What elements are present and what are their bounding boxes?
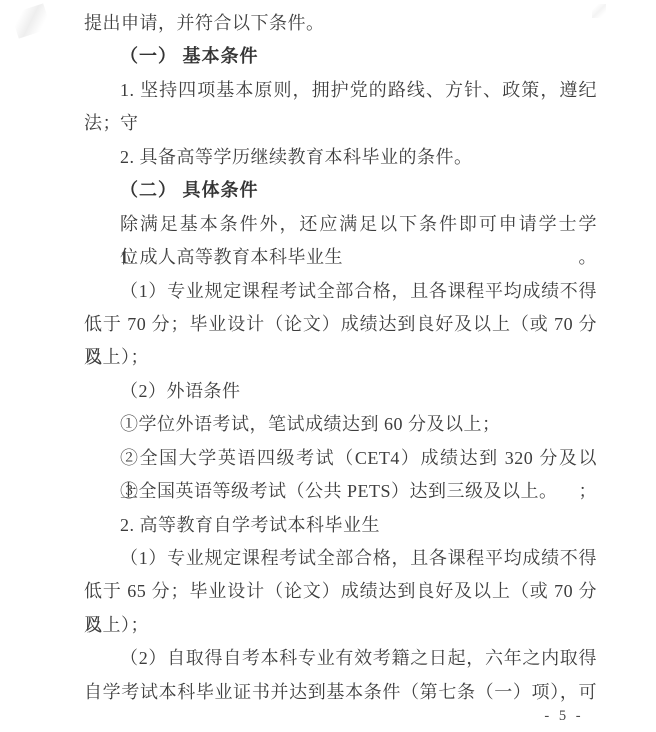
text-line: 1. 坚持四项基本原则，拥护党的路线、方针、政策，遵纪守 [84, 74, 597, 107]
text-line: 法； [84, 107, 597, 140]
text-line: 低于 70 分；毕业设计（论文）成绩达到良好及以上（或 70 分及 [84, 308, 597, 341]
page-number: - 5 - [524, 708, 604, 725]
section-heading: （一） 基本条件 [84, 40, 597, 73]
text-line: ①学位外语考试，笔试成绩达到 60 分及以上； [84, 408, 597, 441]
text-line: 以上）； [84, 609, 597, 642]
text-line: 以上）； [84, 341, 597, 374]
document-body: 提出申请，并符合以下条件。（一） 基本条件1. 坚持四项基本原则，拥护党的路线、… [84, 7, 597, 709]
text-line: ②全国大学英语四级考试（CET4）成绩达到 320 分及以上； [84, 442, 597, 475]
text-line: 2. 具备高等学历继续教育本科毕业的条件。 [84, 141, 597, 174]
text-line: （2）外语条件 [84, 375, 597, 408]
text-line: 除满足基本条件外，还应满足以下条件即可申请学士学位。 [84, 208, 597, 241]
text-line: 提出申请，并符合以下条件。 [84, 7, 597, 40]
text-line: ③全国英语等级考试（公共 PETS）达到三级及以上。 [84, 475, 597, 508]
text-line: （2）自取得自考本科专业有效考籍之日起，六年之内取得 [84, 642, 597, 675]
text-line: 低于 65 分；毕业设计（论文）成绩达到良好及以上（或 70 分及 [84, 575, 597, 608]
text-line: 自学考试本科毕业证书并达到基本条件（第七条（一）项），可 [84, 676, 597, 709]
scanned-document-page: { "page": { "background": "#ffffff", "te… [0, 0, 656, 732]
text-line: 2. 高等教育自学考试本科毕业生 [84, 509, 597, 542]
text-line: （1）专业规定课程考试全部合格，且各课程平均成绩不得 [84, 275, 597, 308]
scan-smudge [11, 3, 51, 38]
text-line: （1）专业规定课程考试全部合格，且各课程平均成绩不得 [84, 542, 597, 575]
section-heading: （二） 具体条件 [84, 174, 597, 207]
